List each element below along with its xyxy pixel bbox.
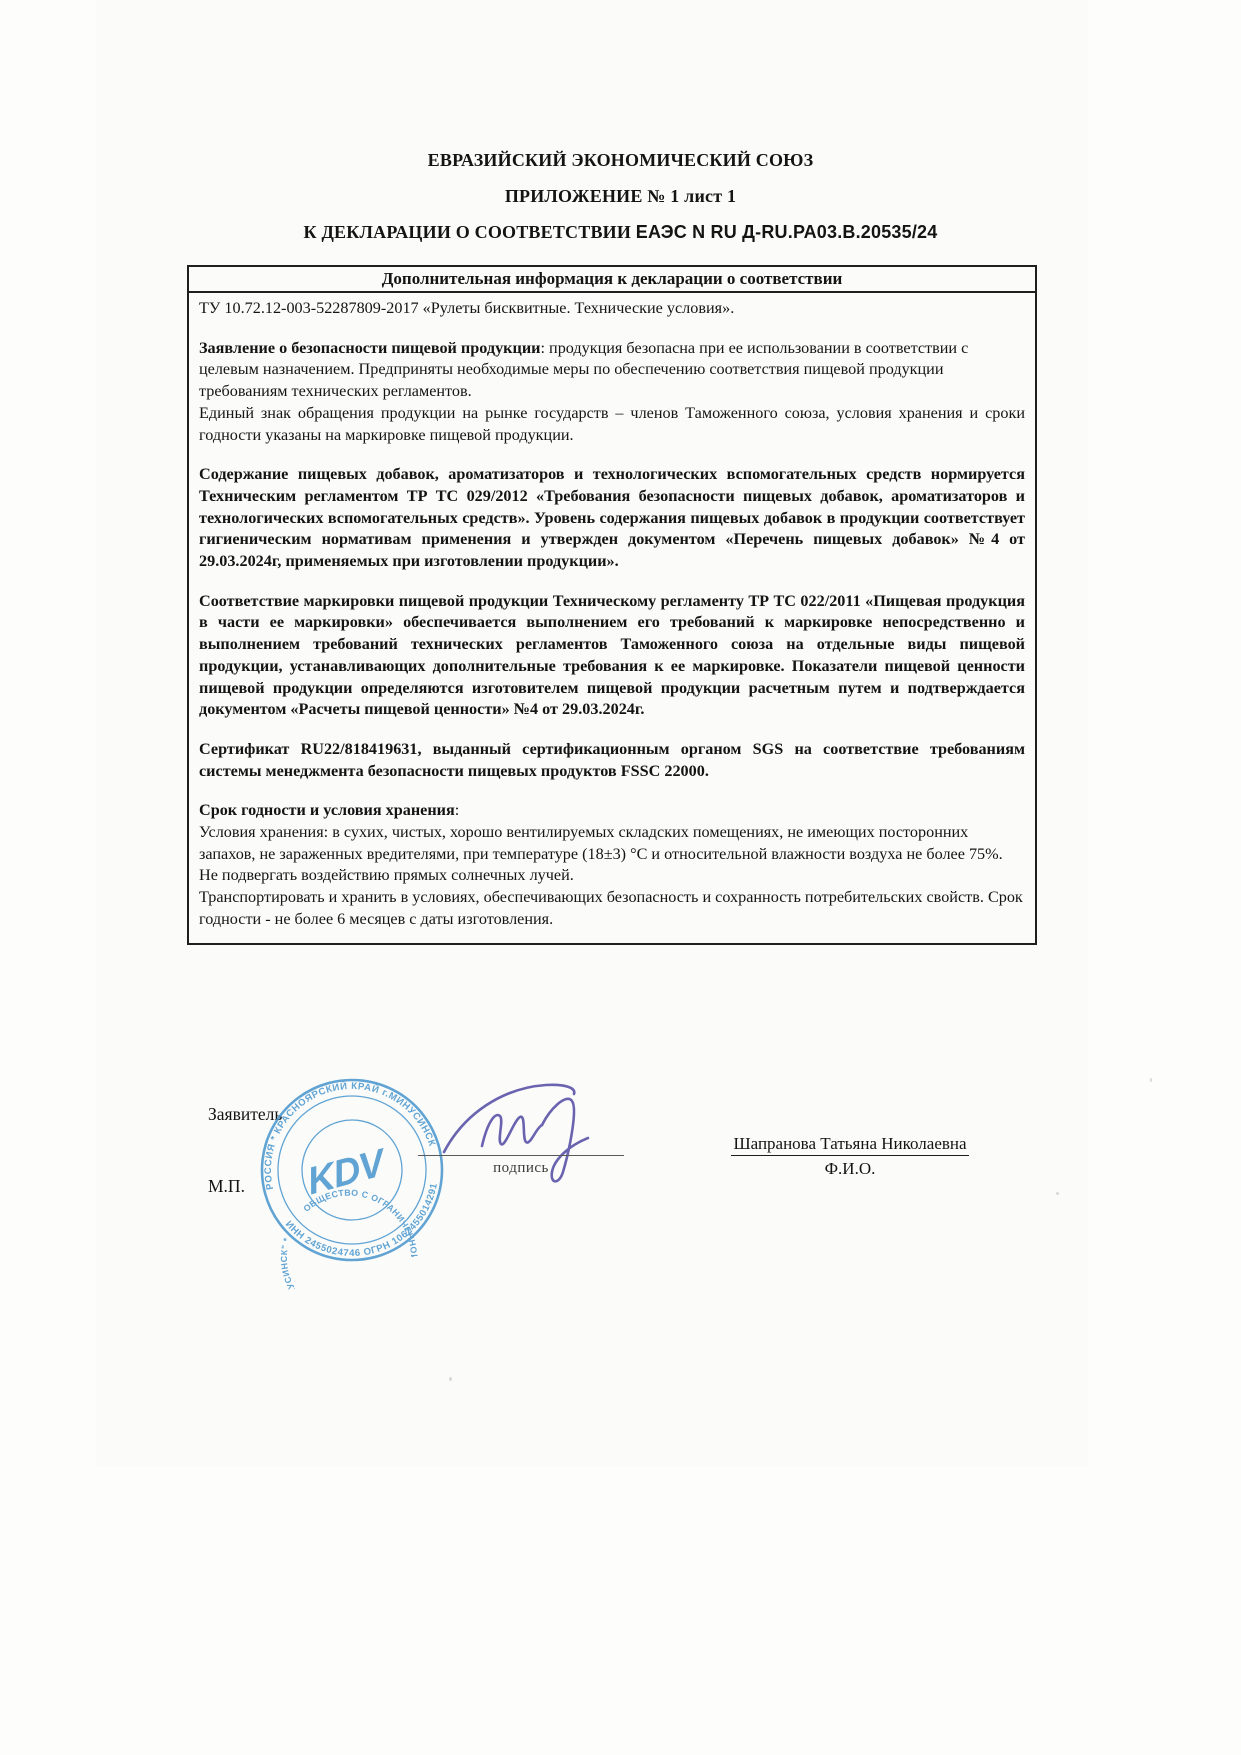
additional-info-table: Дополнительная информация к декларации о… [187, 265, 1037, 945]
scan-speck [1056, 1192, 1059, 1195]
paragraph: Сертификат RU22/818419631, выданный серт… [199, 739, 1025, 782]
union-title: ЕВРАЗИЙСКИЙ ЭКОНОМИЧЕСКИЙ СОЮЗ [0, 150, 1241, 171]
table-title: Дополнительная информация к декларации о… [189, 267, 1035, 293]
table-body: ТУ 10.72.12-003-52287809-2017 «Рулеты би… [189, 293, 1035, 943]
declaration-title-serif: К ДЕКЛАРАЦИИ О СООТВЕТСТВИИ [304, 222, 632, 242]
document-header: ЕВРАЗИЙСКИЙ ЭКОНОМИЧЕСКИЙ СОЮЗ ПРИЛОЖЕНИ… [0, 150, 1241, 258]
paragraph: ТУ 10.72.12-003-52287809-2017 «Рулеты би… [199, 298, 1025, 320]
paragraph: Содержание пищевых добавок, ароматизатор… [199, 464, 1025, 573]
declaration-number: ЕАЭС N RU Д-RU.РА03.В.20535/24 [636, 222, 938, 242]
declaration-title: К ДЕКЛАРАЦИИ О СООТВЕТСТВИИ ЕАЭС N RU Д-… [0, 222, 1241, 243]
document-page: ЕВРАЗИЙСКИЙ ЭКОНОМИЧЕСКИЙ СОЮЗ ПРИЛОЖЕНИ… [0, 0, 1241, 1755]
annex-title: ПРИЛОЖЕНИЕ № 1 лист 1 [0, 186, 1241, 207]
scan-speck [449, 1377, 452, 1381]
paragraph: Транспортировать и хранить в условиях, о… [199, 887, 1025, 930]
paragraph: Соответствие маркировки пищевой продукци… [199, 591, 1025, 721]
paragraph: Единый знак обращения продукции на рынке… [199, 403, 1025, 446]
paragraph: Заявление о безопасности пищевой продукц… [199, 338, 1025, 403]
scan-speck [1150, 1078, 1152, 1082]
paragraph: Срок годности и условия хранения: [199, 800, 1025, 822]
paragraph: Условия хранения: в сухих, чистых, хорош… [199, 822, 1025, 887]
